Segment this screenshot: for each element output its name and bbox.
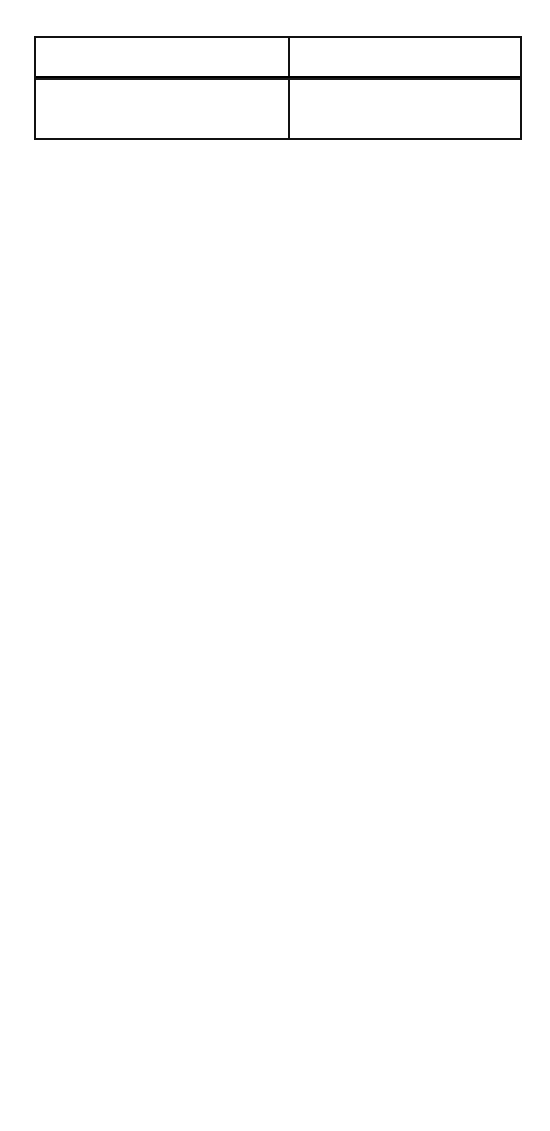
rank-table [34,36,522,140]
header-position [36,38,290,76]
position-cell [36,80,290,138]
header-rank [290,38,520,76]
table-row-multiline [36,78,520,138]
rank-cell [290,80,520,138]
table-header-row [36,38,520,78]
